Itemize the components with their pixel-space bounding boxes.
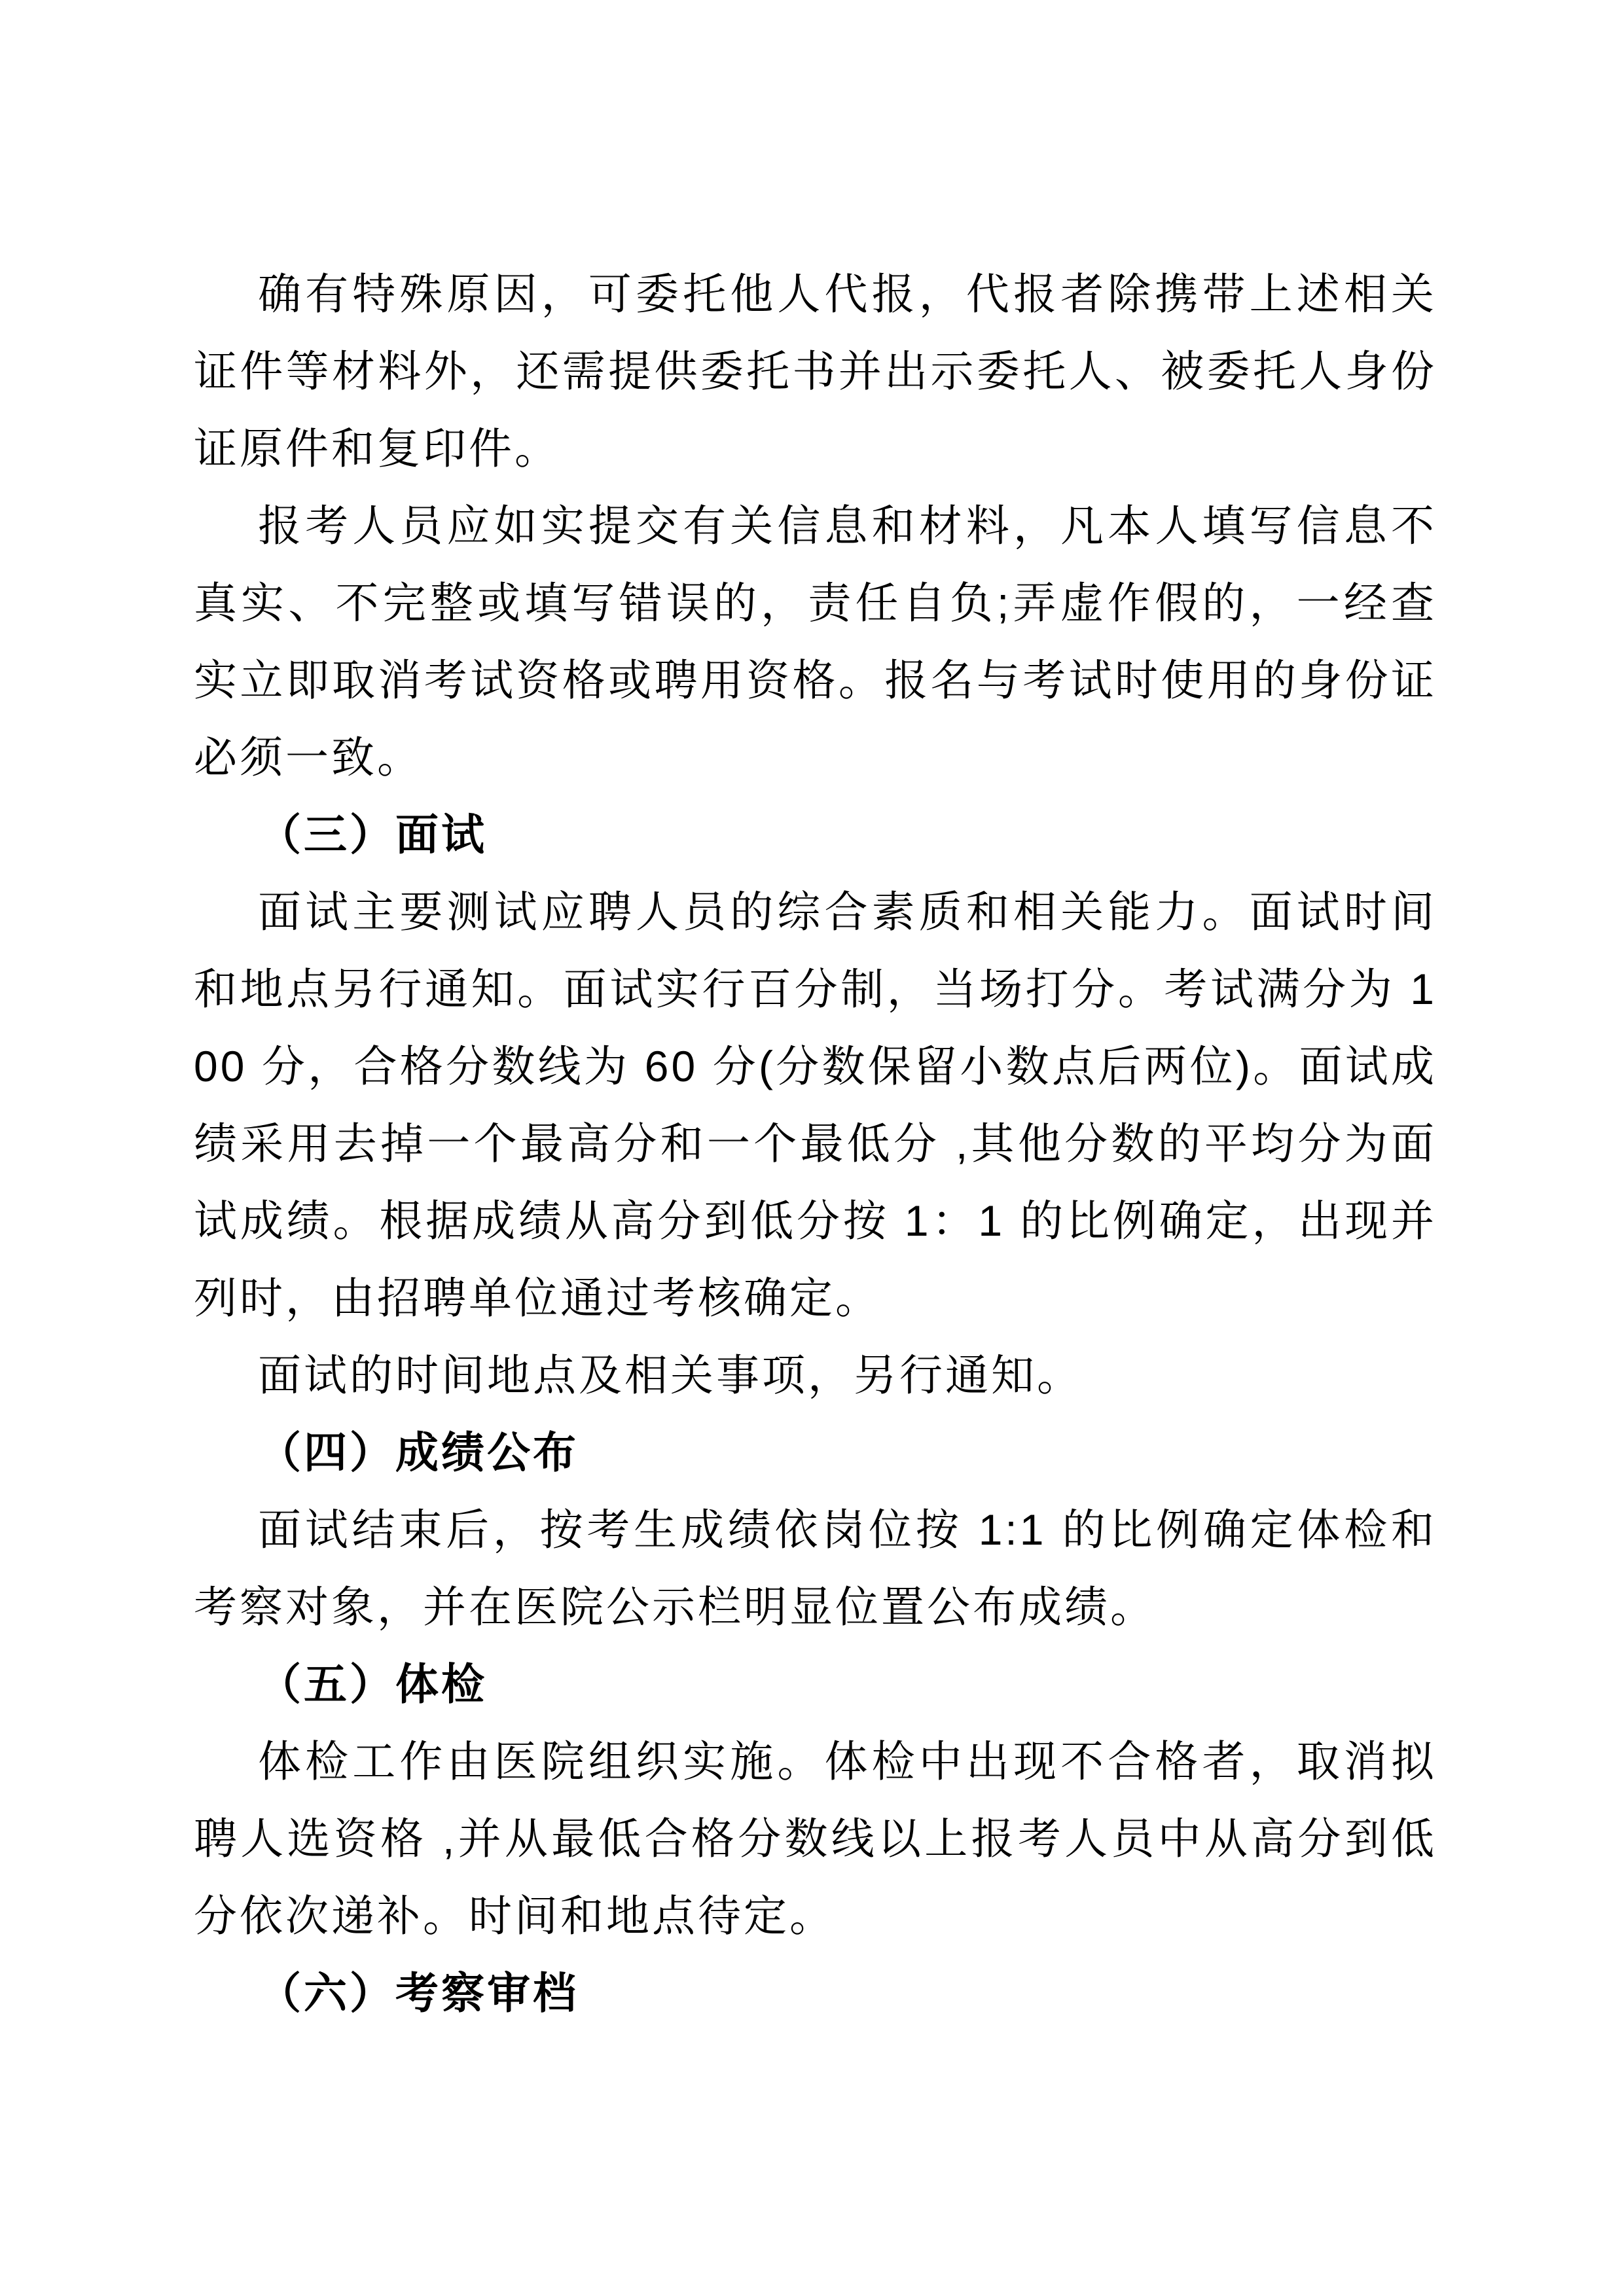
- paragraph-information-truthfulness: 报考人员应如实提交有关信息和材料，凡本人填写信息不真实、不完整或填写错误的，责任…: [194, 487, 1437, 796]
- paragraph-interview-rules: 面试主要测试应聘人员的综合素质和相关能力。面试时间和地点另行通知。面试实行百分制…: [194, 873, 1437, 1336]
- document-body: 确有特殊原因，可委托他人代报，代报者除携带上述相关证件等材料外，还需提供委托书并…: [194, 255, 1437, 2032]
- paragraph-proxy-registration: 确有特殊原因，可委托他人代报，代报者除携带上述相关证件等材料外，还需提供委托书并…: [194, 255, 1437, 487]
- paragraph-physical-exam: 体检工作由医院组织实施。体检中出现不合格者，取消拟聘人选资格 ,并从最低合格分数…: [194, 1723, 1437, 1954]
- paragraph-interview-notice: 面试的时间地点及相关事项，另行通知。: [194, 1336, 1437, 1414]
- section-heading-3-interview: （三）面试: [194, 796, 1437, 873]
- document-page: 确有特殊原因，可委托他人代报，代报者除携带上述相关证件等材料外，还需提供委托书并…: [0, 0, 1624, 2296]
- section-heading-4-score-publication: （四）成绩公布: [194, 1414, 1437, 1491]
- paragraph-score-publication: 面试结束后，按考生成绩依岗位按 1:1 的比例确定体检和考察对象，并在医院公示栏…: [194, 1491, 1437, 1645]
- section-heading-6-inspection-archives: （六）考察审档: [194, 1954, 1437, 2032]
- section-heading-5-physical-exam: （五）体检: [194, 1645, 1437, 1723]
